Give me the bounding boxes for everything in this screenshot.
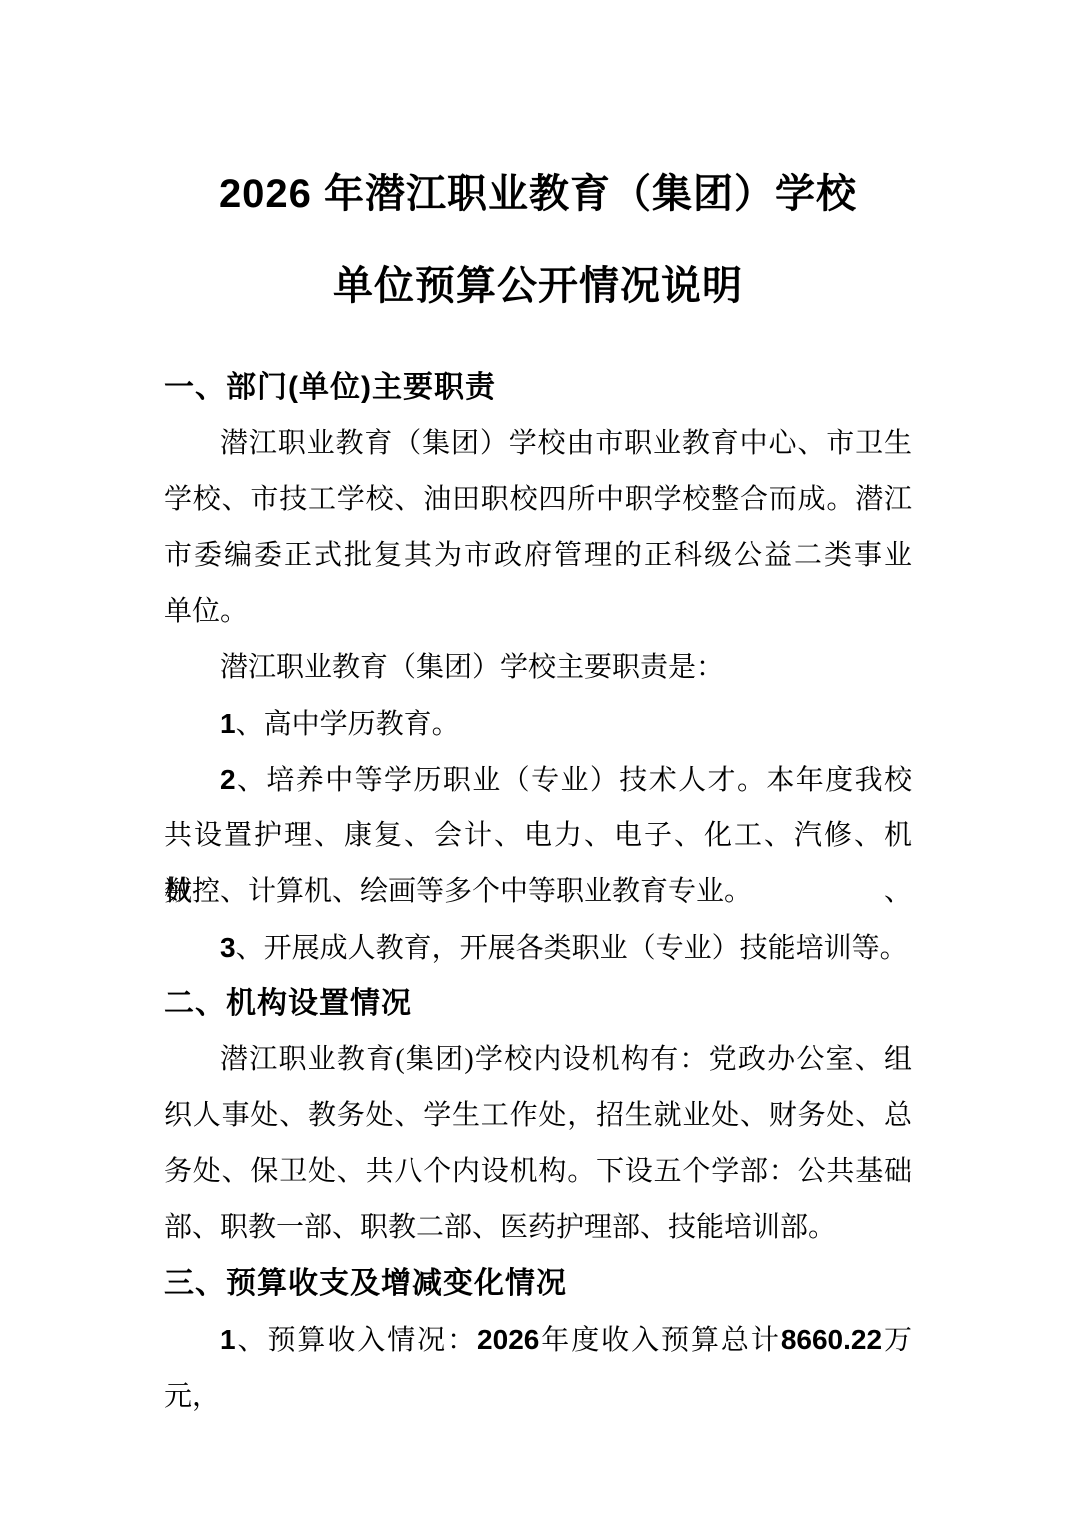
paragraph-line: 1、预算收入情况：2026年度收入预算总计8660.22万元，: [164, 1312, 912, 1368]
figure-text: 1: [220, 1324, 236, 1355]
paragraph-line: 潜江职业教育（集团）学校由市职业教育中心、市卫生: [164, 416, 912, 472]
paragraph: 2、培养中等学历职业（专业）技术人才。本年度我校共设置护理、康复、会计、电力、电…: [164, 752, 912, 920]
document-title: 2026 年潜江职业教育（集团）学校 单位预算公开情况说明: [164, 172, 912, 308]
paragraph-line: 单位。: [164, 584, 912, 640]
figure-text: 1: [220, 708, 236, 739]
paragraph-line: 潜江职业教育（集团）学校主要职责是：: [164, 640, 912, 696]
paragraph-line: 织人事处、教务处、学生工作处，招生就业处、财务处、总: [164, 1088, 912, 1144]
paragraph-line: 市委编委正式批复其为市政府管理的正科级公益二类事业: [164, 528, 912, 584]
figure-text: 3: [220, 932, 236, 963]
document-title-line-2: 单位预算公开情况说明: [164, 264, 912, 308]
paragraph: 潜江职业教育（集团）学校由市职业教育中心、市卫生学校、市技工学校、油田职校四所中…: [164, 416, 912, 640]
section-heading-7: 二、机构设置情况: [164, 976, 912, 1032]
figure-text: 2026: [477, 1324, 539, 1355]
document-title-line-1: 2026 年潜江职业教育（集团）学校: [164, 172, 912, 216]
paragraph: 1、预算收入情况：2026年度收入预算总计8660.22万元，: [164, 1312, 912, 1368]
paragraph: 1、高中学历教育。: [164, 696, 912, 752]
paragraph-line: 共设置护理、康复、会计、电力、电子、化工、汽修、机械、: [164, 808, 912, 864]
figure-text: 8660.22: [781, 1324, 882, 1355]
paragraph-line: 务处、保卫处、共八个内设机构。下设五个学部：公共基础: [164, 1144, 912, 1200]
document-page: 2026 年潜江职业教育（集团）学校 单位预算公开情况说明 一、部门(单位)主要…: [0, 0, 1074, 1520]
section-heading-9: 三、预算收支及增减变化情况: [164, 1256, 912, 1312]
paragraph-line: 学校、市技工学校、油田职校四所中职学校整合而成。潜江: [164, 472, 912, 528]
paragraph-line: 2、培养中等学历职业（专业）技术人才。本年度我校: [164, 752, 912, 808]
paragraph: 3、开展成人教育，开展各类职业（专业）技能培训等。: [164, 920, 912, 976]
paragraph-line: 1、高中学历教育。: [164, 696, 912, 752]
document-body: 一、部门(单位)主要职责潜江职业教育（集团）学校由市职业教育中心、市卫生学校、市…: [164, 360, 912, 1368]
paragraph-line: 部、职教一部、职教二部、医药护理部、技能培训部。: [164, 1200, 912, 1256]
section-heading-1: 一、部门(单位)主要职责: [164, 360, 912, 416]
paragraph: 潜江职业教育（集团）学校主要职责是：: [164, 640, 912, 696]
paragraph-line: 3、开展成人教育，开展各类职业（专业）技能培训等。: [164, 920, 912, 976]
paragraph-line: 潜江职业教育(集团)学校内设机构有：党政办公室、组: [164, 1032, 912, 1088]
paragraph: 潜江职业教育(集团)学校内设机构有：党政办公室、组织人事处、教务处、学生工作处，…: [164, 1032, 912, 1256]
figure-text: 2: [220, 764, 236, 795]
